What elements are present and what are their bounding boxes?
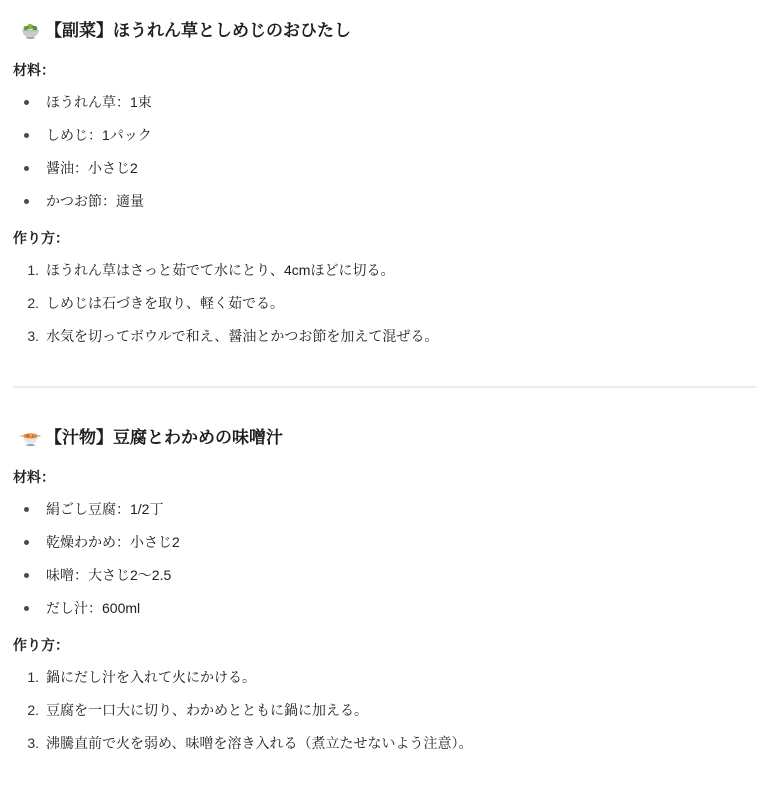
step-item: 沸騰直前で火を弱め、味噌を溶き入れる（煮立たせないよう注意）。 — [13, 733, 756, 754]
steps-list: ほうれん草はさっと茹でて水にとり、4cmほどに切る。 しめじは石づきを取り、軽く… — [13, 260, 756, 347]
step-item: ほうれん草はさっと茹でて水にとり、4cmほどに切る。 — [13, 260, 756, 281]
ingredient-item: 醤油：小さじ2 — [13, 158, 756, 179]
ingredient-item: 乾燥わかめ：小さじ2 — [13, 532, 756, 553]
green-salad-icon — [20, 20, 41, 41]
ingredients-list: ほうれん草：1束 しめじ：1パック 醤油：小さじ2 かつお節：適量 — [13, 92, 756, 212]
recipe-title-text: 【副菜】ほうれん草としめじのおひたし — [45, 21, 351, 41]
ingredient-item: 絹ごし豆腐：1/2丁 — [13, 499, 756, 520]
step-item: 水気を切ってボウルで和え、醤油とかつお節を加えて混ぜる。 — [13, 326, 756, 347]
recipe-title-soup: 【汁物】豆腐とわかめの味噌汁 — [13, 427, 756, 448]
recipe-title-text: 【汁物】豆腐とわかめの味噌汁 — [45, 428, 283, 448]
ingredient-item: かつお節：適量 — [13, 191, 756, 212]
steps-label: 作り方： — [13, 230, 756, 247]
steps-list: 鍋にだし汁を入れて火にかける。 豆腐を一口大に切り、わかめとともに鍋に加える。 … — [13, 667, 756, 754]
step-item: 鍋にだし汁を入れて火にかける。 — [13, 667, 756, 688]
recipe-section-soup: 【汁物】豆腐とわかめの味噌汁 材料： 絹ごし豆腐：1/2丁 乾燥わかめ：小さじ2… — [13, 427, 756, 754]
ingredients-label: 材料： — [13, 62, 756, 79]
step-item: 豆腐を一口大に切り、わかめとともに鍋に加える。 — [13, 700, 756, 721]
section-divider — [13, 386, 756, 388]
recipe-title-side-dish: 【副菜】ほうれん草としめじのおひたし — [13, 20, 756, 41]
recipe-section-side-dish: 【副菜】ほうれん草としめじのおひたし 材料： ほうれん草：1束 しめじ：1パック… — [13, 20, 756, 347]
ingredient-item: しめじ：1パック — [13, 125, 756, 146]
ingredient-item: 味噌：大さじ2～2.5 — [13, 565, 756, 586]
step-item: しめじは石づきを取り、軽く茹でる。 — [13, 293, 756, 314]
steps-label: 作り方： — [13, 637, 756, 654]
pot-of-food-icon — [20, 427, 41, 448]
ingredients-label: 材料： — [13, 469, 756, 486]
ingredient-item: だし汁：600ml — [13, 598, 756, 619]
ingredient-item: ほうれん草：1束 — [13, 92, 756, 113]
ingredients-list: 絹ごし豆腐：1/2丁 乾燥わかめ：小さじ2 味噌：大さじ2～2.5 だし汁：60… — [13, 499, 756, 619]
recipe-document: 【副菜】ほうれん草としめじのおひたし 材料： ほうれん草：1束 しめじ：1パック… — [0, 0, 770, 754]
